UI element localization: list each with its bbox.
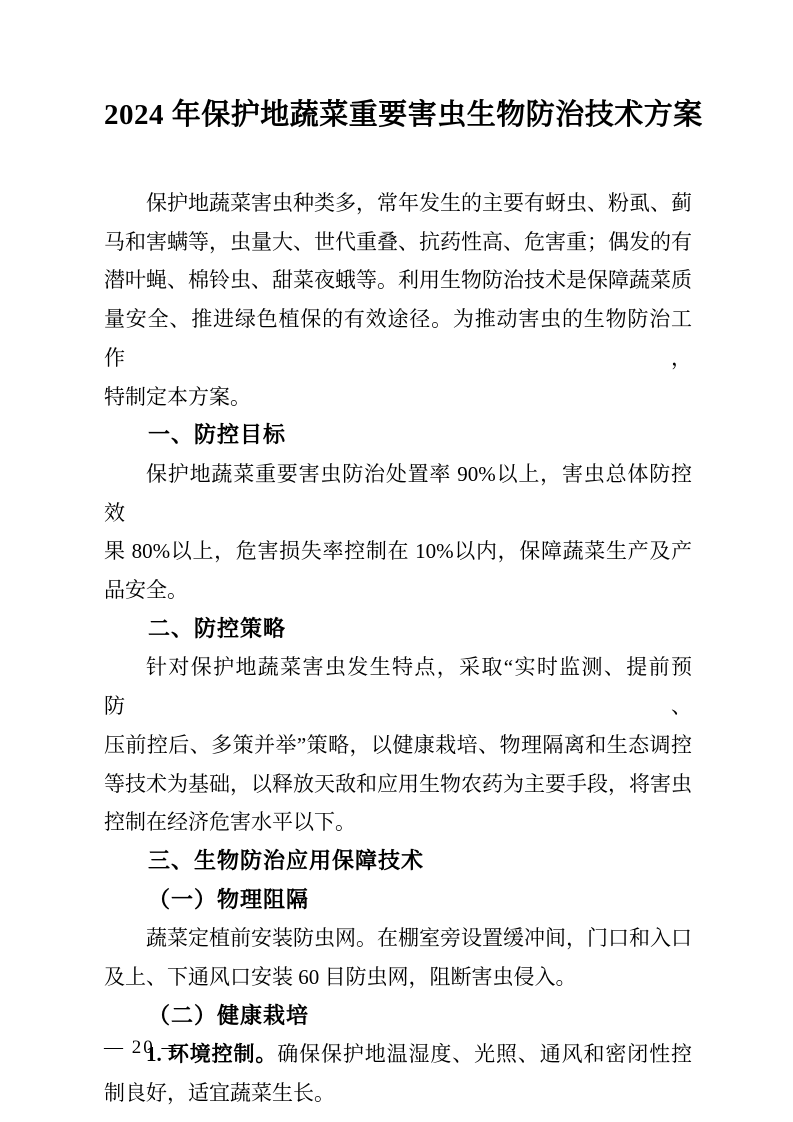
document-title: 2024 年保护地蔬菜重要害虫生物防治技术方案 — [104, 95, 692, 135]
section-1-heading: 一、防控目标 — [104, 416, 692, 455]
section-2-line-3: 等技术为基础，以释放天敌和应用生物农药为主要手段，将害虫 — [104, 765, 692, 804]
section-3-heading: 三、生物防治应用保障技术 — [104, 842, 692, 881]
section-1-line-1: 保护地蔬菜重要害虫防治处置率 90%以上，害虫总体防控效 — [104, 455, 692, 532]
section-2-line-2: 压前控后、多策并举”策略，以健康栽培、物理隔离和生态调控 — [104, 726, 692, 765]
section-3-sub-1-heading: （一）物理阻隔 — [104, 881, 692, 920]
page-number: — 20 — — [104, 1034, 183, 1062]
section-3-sub-2-item-1-line-1: 1. 环境控制。确保保护地温湿度、光照、通风和密闭性控 — [104, 1035, 692, 1074]
section-3-sub-2-heading: （二）健康栽培 — [104, 997, 692, 1036]
intro-line-5: 特制定本方案。 — [104, 378, 692, 417]
section-2-line-1: 针对保护地蔬菜害虫发生特点，采取“实时监测、提前预防、 — [104, 648, 692, 725]
section-1-line-2: 果 80%以上，危害损失率控制在 10%以内，保障蔬菜生产及产 — [104, 532, 692, 571]
section-3-sub-1-line-1: 蔬菜定植前安装防虫网。在棚室旁设置缓冲间，门口和入口 — [104, 919, 692, 958]
section-2-line-4: 控制在经济危害水平以下。 — [104, 803, 692, 842]
intro-line-2: 马和害螨等，虫量大、世代重叠、抗药性高、危害重；偶发的有 — [104, 223, 692, 262]
section-3-sub-2-item-1-line-2: 制良好，适宜蔬菜生长。 — [104, 1074, 692, 1113]
section-2-heading: 二、防控策略 — [104, 610, 692, 649]
item-1-text: 确保保护地温湿度、光照、通风和密闭性控 — [277, 1042, 692, 1066]
section-1-line-3: 品安全。 — [104, 571, 692, 610]
intro-line-4: 量安全、推进绿色植保的有效途径。为推动害虫的生物防治工作， — [104, 300, 692, 377]
section-3-sub-1-line-2: 及上、下通风口安装 60 目防虫网，阻断害虫侵入。 — [104, 958, 692, 997]
document-body: 保护地蔬菜害虫种类多，常年发生的主要有蚜虫、粉虱、蓟 马和害螨等，虫量大、世代重… — [104, 184, 692, 1113]
intro-line-3: 潜叶蝇、棉铃虫、甜菜夜蛾等。利用生物防治技术是保障蔬菜质 — [104, 261, 692, 300]
intro-line-1: 保护地蔬菜害虫种类多，常年发生的主要有蚜虫、粉虱、蓟 — [104, 184, 692, 223]
document-page: 2024 年保护地蔬菜重要害虫生物防治技术方案 保护地蔬菜害虫种类多，常年发生的… — [0, 0, 793, 1122]
